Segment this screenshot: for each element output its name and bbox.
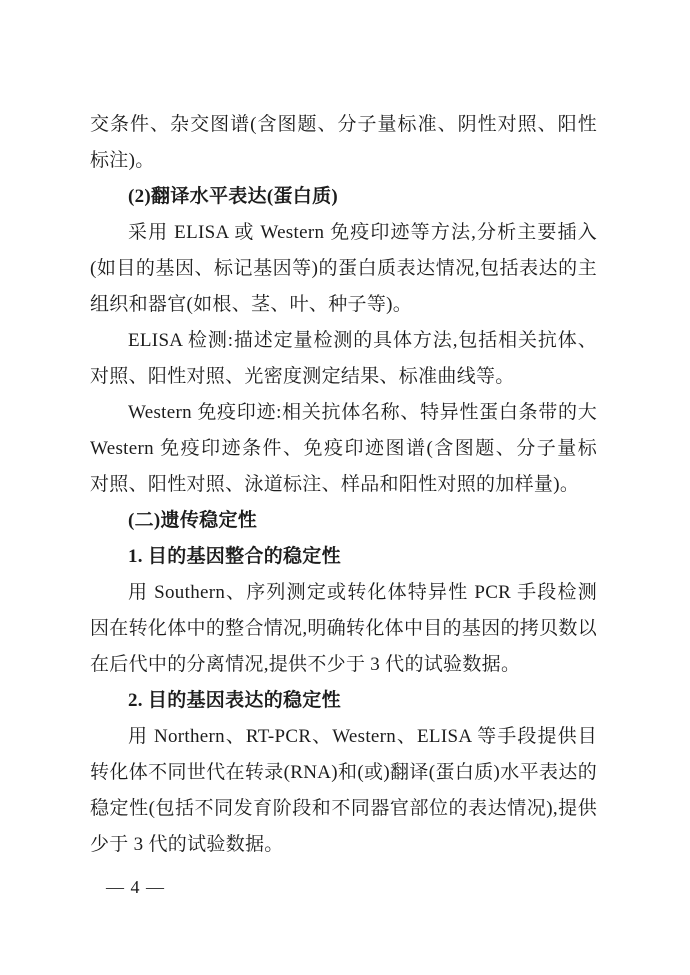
heading-line: (2)翻译水平表达(蛋白质) [90, 179, 597, 215]
heading-line: (二)遗传稳定性 [90, 503, 597, 539]
text-line: 转化体不同世代在转录(RNA)和(或)翻译(蛋白质)水平表达的 [90, 755, 597, 791]
text-line: 因在转化体中的整合情况,明确转化体中目的基因的拷贝数以及 [90, 611, 597, 647]
text-line: 稳定性(包括不同发育阶段和不同器官部位的表达情况),提供不 [90, 791, 597, 827]
text-line: 在后代中的分离情况,提供不少于 3 代的试验数据。 [90, 647, 597, 683]
text-line: 交条件、杂交图谱(含图题、分子量标准、阴性对照、阳性对照、泳道 [90, 107, 597, 143]
text-line: (如目的基因、标记基因等)的蛋白质表达情况,包括表达的主要 [90, 251, 597, 287]
text-line: Western 免疫印迹:相关抗体名称、特异性蛋白条带的大小、 [90, 395, 597, 431]
document-body: 交条件、杂交图谱(含图题、分子量标准、阴性对照、阳性对照、泳道标注)。(2)翻译… [90, 107, 597, 863]
text-line: 采用 ELISA 或 Western 免疫印迹等方法,分析主要插入序列 [90, 215, 597, 251]
text-line: 少于 3 代的试验数据。 [90, 827, 597, 863]
text-line: 对照、阳性对照、光密度测定结果、标准曲线等。 [90, 359, 597, 395]
text-line: 用 Southern、序列测定或转化体特异性 PCR 手段检测目的基 [90, 575, 597, 611]
text-line: Western 免疫印迹条件、免疫印迹图谱(含图题、分子量标准、阴性 [90, 431, 597, 467]
text-line: ELISA 检测:描述定量检测的具体方法,包括相关抗体、阴性 [90, 323, 597, 359]
page-number: — 4 — [106, 869, 165, 905]
text-line: 组织和器官(如根、茎、叶、种子等)。 [90, 287, 597, 323]
text-line: 对照、阳性对照、泳道标注、样品和阳性对照的加样量)。 [90, 467, 597, 503]
heading-line: 1. 目的基因整合的稳定性 [90, 539, 597, 575]
heading-line: 2. 目的基因表达的稳定性 [90, 683, 597, 719]
text-line: 标注)。 [90, 143, 597, 179]
document-page: 交条件、杂交图谱(含图题、分子量标准、阴性对照、阳性对照、泳道标注)。(2)翻译… [0, 0, 690, 975]
text-line: 用 Northern、RT-PCR、Western、ELISA 等手段提供目的基… [90, 719, 597, 755]
